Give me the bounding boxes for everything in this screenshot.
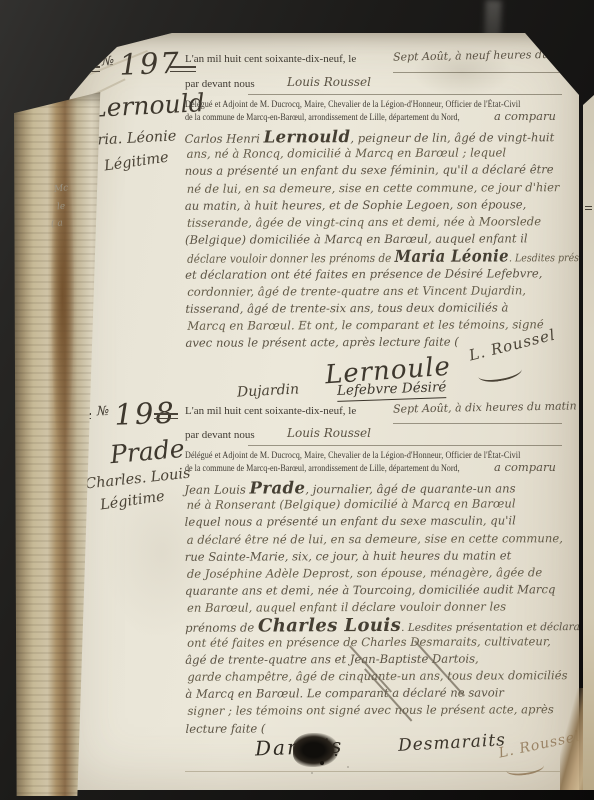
body-line: cordonnier, âgé de trente-quatre ans et … xyxy=(187,282,567,301)
body-line-prenoms: déclare vouloir donner les prénoms de Ma… xyxy=(187,248,529,267)
body-line: né de lui, en sa demeure, sise en cette … xyxy=(187,179,567,198)
record-body-198: Jean Louis Prade, journalier, âgé de qua… xyxy=(184,478,567,737)
child-name: Charles Louis xyxy=(258,614,401,636)
written-officiant-197: Louis Roussel xyxy=(287,75,371,89)
printed-commune-line-197: de la commune de Marcq-en-Barœul, arrond… xyxy=(185,112,460,122)
fill-rule xyxy=(248,94,562,95)
body-line: ans, né à Roncq, domicilié à Marcq en Ba… xyxy=(187,144,567,163)
body-line: à Marcq en Barœul. Le comparant a déclar… xyxy=(185,684,567,703)
margin-dash-right-198 xyxy=(154,413,178,419)
body-line: (Belgique) domiciliée à Marcq en Barœul,… xyxy=(185,230,567,249)
bottom-margin-rule xyxy=(185,771,560,772)
pencil-mark: Mc xyxy=(54,183,69,194)
fill-rule xyxy=(393,72,562,73)
body-line-prenoms: prénoms de Charles Louis. Lesdites prése… xyxy=(185,616,567,635)
signature-witness2-197: Lefebvre Désiré xyxy=(337,379,447,402)
body-line: et déclaration ont été faites en présenc… xyxy=(185,265,567,284)
written-officiant-198: Louis Roussel xyxy=(287,426,371,440)
comparant-name: Prade xyxy=(249,478,305,497)
body-line: signer ; les témoins ont signé avec nous… xyxy=(187,702,567,721)
margin-status-197: Légitime xyxy=(103,150,170,175)
comparant-name: Lernould xyxy=(264,127,351,146)
body-line: rue Sainte-Marie, six, ce jour, à huit h… xyxy=(185,547,567,566)
signature-flourish xyxy=(505,758,545,777)
written-a-comparu-197: a comparu xyxy=(494,109,556,123)
body-line: ont été faites en présence de Charles De… xyxy=(187,633,567,652)
body-line: tisserande, âgée de vingt-cinq ans et de… xyxy=(187,213,567,232)
ink-blot xyxy=(293,733,339,767)
register-page: № 197 Lernould Maria. Léonie Légitime L'… xyxy=(62,33,579,790)
written-date-197: Sept Août, à neuf heures du matin xyxy=(393,47,585,63)
body-line: quarante ans et demi, née à Tourcoing, d… xyxy=(185,581,567,600)
body-line: de Joséphine Adèle Deprost, son épouse, … xyxy=(187,564,567,583)
body-line: lecture faite ( xyxy=(185,719,567,738)
printed-devant-nous-197: par devant nous xyxy=(185,78,255,90)
printed-delegue-line-198: Délégué et Adjoint de M. Ducrocq, Maire,… xyxy=(185,450,520,460)
margin-dash-left-197 xyxy=(72,66,100,72)
body-line: a déclaré être né de lui, en sa demeure,… xyxy=(187,530,567,549)
pencil-mark: ( a xyxy=(51,218,64,229)
margin-dash-right-197 xyxy=(170,66,196,72)
printed-year-line-198: L'an mil huit cent soixante-dix-neuf, le xyxy=(185,405,356,417)
fill-rule xyxy=(393,423,562,424)
signature-witness2-198: Desmaraits xyxy=(398,730,507,756)
signature-witness1-197: Dujardin xyxy=(237,381,300,400)
record-number-197: № 197 xyxy=(101,46,181,83)
printed-devant-nous-198: par devant nous xyxy=(185,429,255,441)
body-line: Carlos Henri Lernould, peigneur de lin, … xyxy=(185,127,567,146)
printed-delegue-line-197: Délégué et Adjoint de M. Ducrocq, Maire,… xyxy=(185,99,520,109)
written-a-comparu-198: a comparu xyxy=(494,460,556,474)
facing-page-margin-dash xyxy=(585,206,592,210)
body-line: lequel nous a présenté un enfant du sexe… xyxy=(185,513,567,532)
record-body-197: Carlos Henri Lernould, peigneur de lin, … xyxy=(185,127,568,352)
numero-sign: № xyxy=(97,404,110,419)
archive-photo: № 197 Lernould Maria. Léonie Légitime L'… xyxy=(0,0,594,800)
body-line: au matin, à huit heures, et de Sophie Le… xyxy=(185,196,567,215)
body-line: nous a présenté un enfant du sexe fémini… xyxy=(185,162,567,181)
body-line: tisserand, âgé de trente-six ans, tous d… xyxy=(185,299,567,318)
signature-flourish xyxy=(477,361,523,384)
body-line: né à Ronserant (Belgique) domicilié à Ma… xyxy=(187,495,567,514)
child-name: Maria Léonie xyxy=(395,247,509,266)
numero-sign: № xyxy=(102,54,115,69)
written-date-198: Sept Août, à dix heures du matin xyxy=(393,399,577,415)
facing-page-sliver xyxy=(583,95,594,790)
pencil-mark: le xyxy=(56,202,65,213)
printed-year-line-197: L'an mil huit cent soixante-dix-neuf, le xyxy=(185,53,356,65)
body-line: Jean Louis Prade, journalier, âgé de qua… xyxy=(184,478,566,497)
printed-commune-line-198: de la commune de Marcq-en-Barœul, arrond… xyxy=(185,463,460,473)
fill-rule xyxy=(248,445,562,446)
ink-splatter xyxy=(320,761,324,765)
body-line: âgé de trente-quatre ans et Jean-Baptist… xyxy=(185,650,567,669)
body-line: Marcq en Barœul. Et ont, le comparant et… xyxy=(187,316,567,335)
